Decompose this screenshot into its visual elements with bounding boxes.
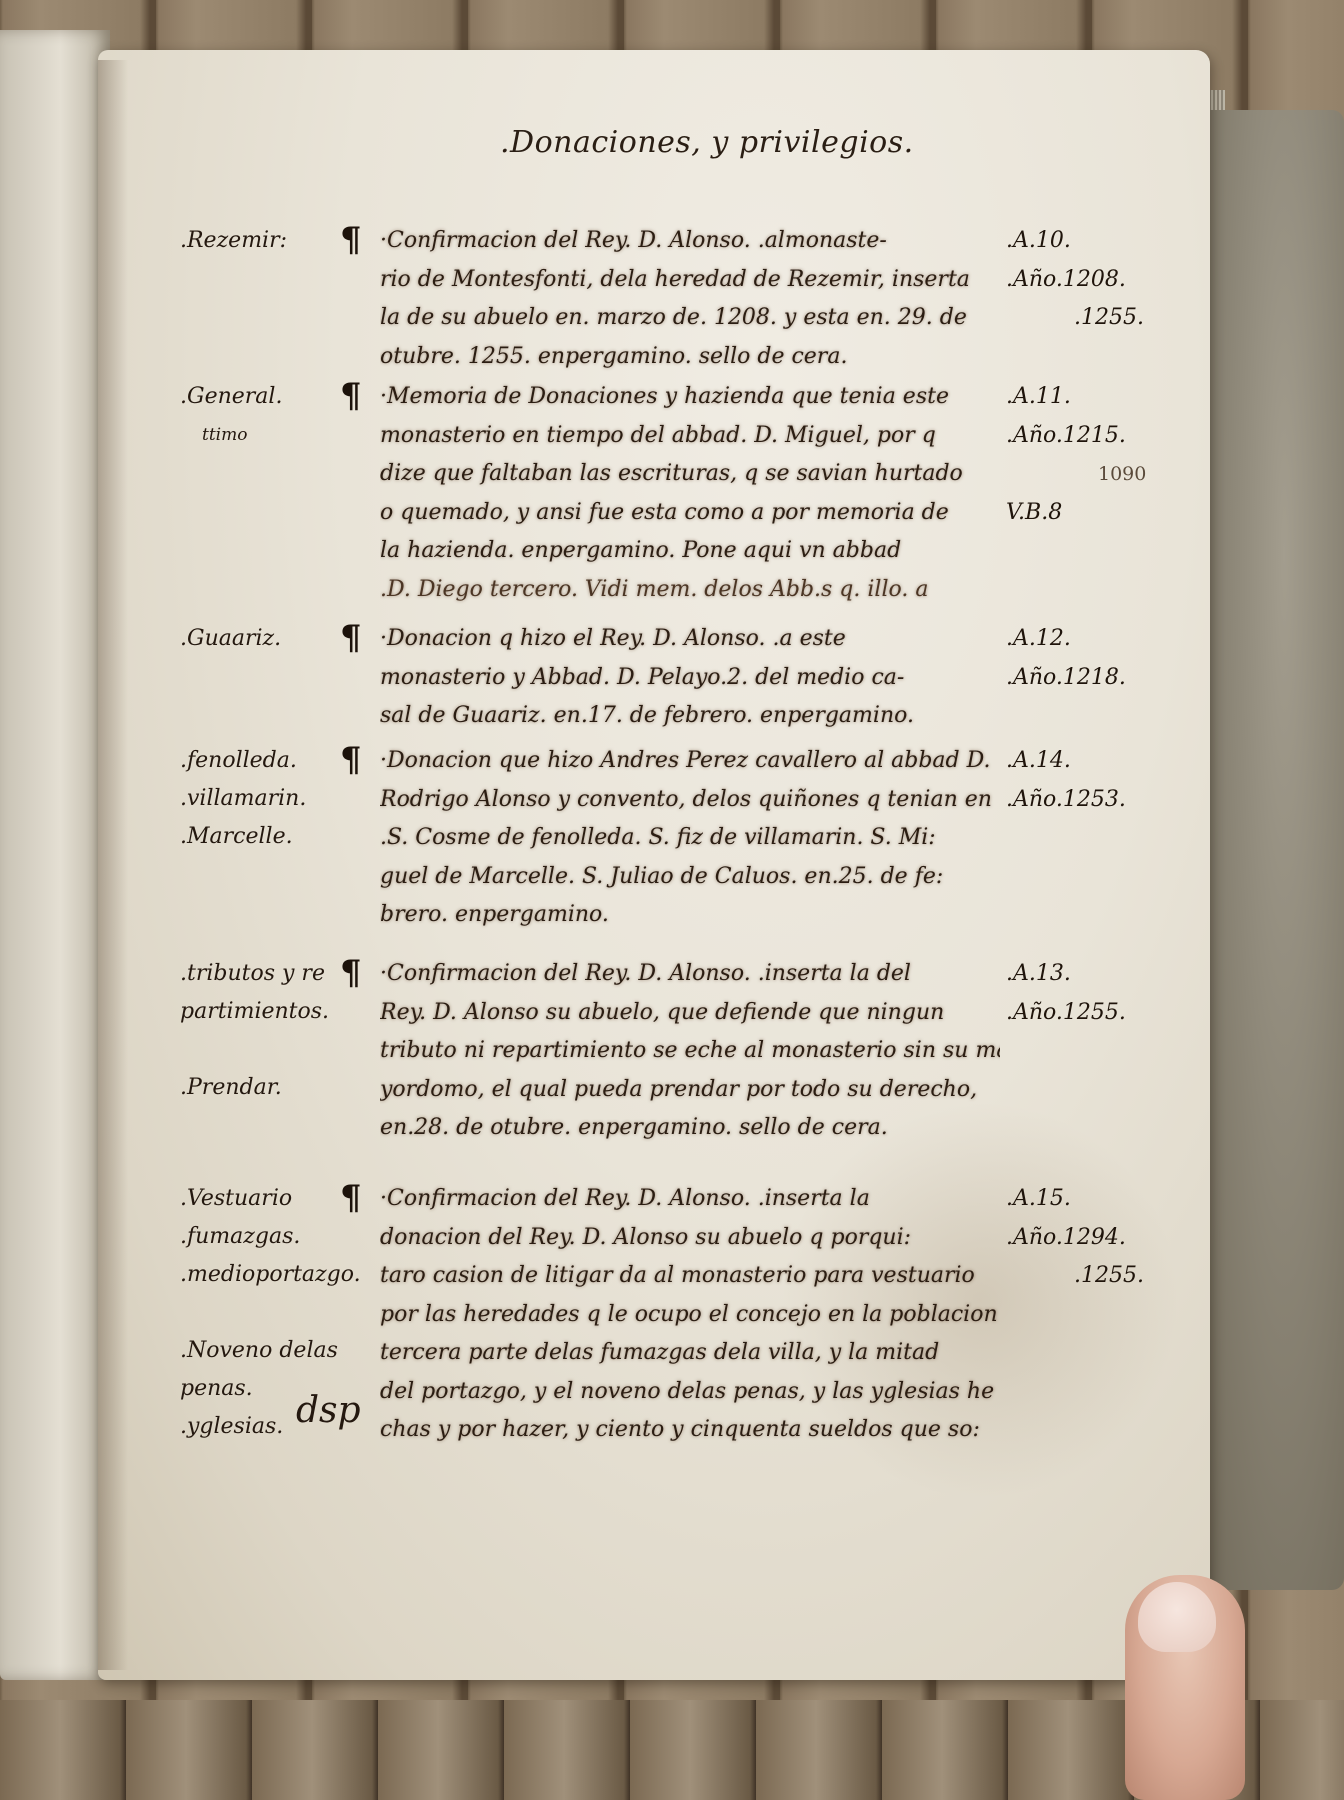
text-line: donacion del Rey. D. Alonso su abuelo q … — [380, 1219, 1000, 1258]
bracket-flourish-icon: dsp — [296, 1390, 361, 1431]
text-line: tercera parte delas fumazgas dela villa,… — [380, 1334, 1000, 1373]
shelf-mark: .A.13. — [1006, 955, 1176, 994]
year: .Año.1218. — [1006, 659, 1176, 698]
margin-keyword — [180, 1031, 330, 1069]
archive-reference: .A.11. .Año.1215. 1090 V.B.8 — [1006, 378, 1176, 532]
text-line: tributo ni repartimiento se eche al mona… — [380, 1032, 1000, 1071]
entry-text: ·Confirmacion del Rey. D. Alonso. .inser… — [380, 1180, 1000, 1450]
text-line: dize que faltaban las escrituras, q se s… — [380, 455, 1000, 494]
margin-keywords: .tributos y re partimientos. .Prendar. — [180, 955, 330, 1107]
text-line: del portazgo, y el noveno delas penas, y… — [380, 1373, 1000, 1412]
year: .Año.1208. — [1006, 261, 1176, 300]
year: .Año.1255. — [1006, 994, 1176, 1033]
volume-mark: V.B.8 — [1006, 494, 1176, 533]
text-line: monasterio y Abbad. D. Pelayo.2. del med… — [380, 659, 1000, 698]
shelf-mark: .A.10. — [1006, 222, 1176, 261]
pilcrow-icon: ¶ — [340, 740, 362, 780]
margin-keyword: .Prendar. — [180, 1069, 330, 1107]
margin-keyword: .villamarin. — [180, 780, 330, 818]
margin-keywords: .Rezemir: — [180, 222, 330, 260]
text-line: brero. enpergamino. — [380, 896, 1000, 935]
pilcrow-icon: ¶ — [340, 220, 362, 260]
page-title: .Donaciones, y privilegios. — [500, 125, 914, 160]
text-line: Rodrigo Alonso y convento, delos quiñone… — [380, 781, 1000, 820]
entry-text: ·Confirmacion del Rey. D. Alonso. .almon… — [380, 222, 1000, 376]
text-line: .D. Diego tercero. Vidi mem. delos Abb.s… — [380, 571, 1000, 610]
shelf-mark: .A.11. — [1006, 378, 1176, 417]
margin-keyword: .Vestuario — [180, 1180, 330, 1218]
margin-keywords: .Guaariz. — [180, 620, 330, 658]
text-line: otubre. 1255. enpergamino. sello de cera… — [380, 338, 1000, 377]
shelf-mark: .A.12. — [1006, 620, 1176, 659]
archive-reference: .A.13. .Año.1255. — [1006, 955, 1176, 1032]
entry-text: ·Memoria de Donaciones y hazienda que te… — [380, 378, 1000, 609]
margin-keyword: .Guaariz. — [180, 620, 330, 658]
archive-reference: .A.15. .Año.1294. .1255. — [1006, 1180, 1176, 1296]
text-line: .S. Cosme de fenolleda. S. fiz de villam… — [380, 819, 1000, 858]
pilcrow-icon: ¶ — [340, 953, 362, 993]
text-line: por las heredades q le ocupo el concejo … — [380, 1296, 1000, 1335]
margin-keyword: .Rezemir: — [180, 222, 330, 260]
margin-keyword: partimientos. — [180, 993, 330, 1031]
margin-keyword: .medioportazgo. — [180, 1256, 330, 1294]
text-line: taro casion de litigar da al monasterio … — [380, 1257, 1000, 1296]
entry-text: ·Confirmacion del Rey. D. Alonso. .inser… — [380, 955, 1000, 1148]
margin-keyword: ttimo — [180, 416, 330, 454]
text-line: monasterio en tiempo del abbad. D. Migue… — [380, 417, 1000, 456]
text-line: ·Donacion que hizo Andres Perez cavaller… — [380, 742, 1000, 781]
margin-keyword: .fumazgas. — [180, 1218, 330, 1256]
margin-keyword — [180, 1294, 330, 1332]
year: .Año.1294. — [1006, 1219, 1176, 1258]
margin-keyword: .Marcelle. — [180, 818, 330, 856]
entry-text: ·Donacion que hizo Andres Perez cavaller… — [380, 742, 1000, 935]
thumb-nail — [1138, 1582, 1216, 1652]
text-line: la hazienda. enpergamino. Pone aqui vn a… — [380, 532, 1000, 571]
shelf-mark: .A.15. — [1006, 1180, 1176, 1219]
year-secondary: .1255. — [1006, 1257, 1176, 1296]
text-line: chas y por hazer, y ciento y cinquenta s… — [380, 1411, 1000, 1450]
archive-reference: .A.10. .Año.1208. .1255. — [1006, 222, 1176, 338]
pilcrow-icon: ¶ — [340, 1178, 362, 1218]
margin-keyword: .General. — [180, 378, 330, 416]
margin-keyword: .fenolleda. — [180, 742, 330, 780]
year: .Año.1215. — [1006, 417, 1176, 456]
left-page-edge — [0, 30, 110, 1680]
text-line: la de su abuelo en. marzo de. 1208. y es… — [380, 299, 1000, 338]
text-line: ·Donacion q hizo el Rey. D. Alonso. .a e… — [380, 620, 1000, 659]
year: .Año.1253. — [1006, 781, 1176, 820]
pilcrow-icon: ¶ — [340, 376, 362, 416]
margin-keyword: .Noveno delas — [180, 1332, 330, 1370]
entry-text: ·Donacion q hizo el Rey. D. Alonso. .a e… — [380, 620, 1000, 736]
text-line: ·Confirmacion del Rey. D. Alonso. .inser… — [380, 1180, 1000, 1219]
margin-keyword: .tributos y re — [180, 955, 330, 993]
text-line: o quemado, y ansi fue esta como a por me… — [380, 494, 1000, 533]
margin-keywords: .General. ttimo — [180, 378, 330, 454]
text-line: guel de Marcelle. S. Juliao de Caluos. e… — [380, 858, 1000, 897]
margin-keywords: .fenolleda. .villamarin. .Marcelle. — [180, 742, 330, 856]
text-line: ·Memoria de Donaciones y hazienda que te… — [380, 378, 1000, 417]
archive-reference: .A.12. .Año.1218. — [1006, 620, 1176, 697]
text-line: sal de Guaariz. en.17. de febrero. enper… — [380, 697, 1000, 736]
text-line: ·Confirmacion del Rey. D. Alonso. .inser… — [380, 955, 1000, 994]
year-secondary: .1255. — [1006, 299, 1176, 338]
text-line: yordomo, el qual pueda prendar por todo … — [380, 1071, 1000, 1110]
text-line: rio de Montesfonti, dela heredad de Reze… — [380, 261, 1000, 300]
archive-reference: .A.14. .Año.1253. — [1006, 742, 1176, 819]
pilcrow-icon: ¶ — [340, 618, 362, 658]
text-line: en.28. de otubre. enpergamino. sello de … — [380, 1109, 1000, 1148]
year-pencil-correction: 1090 — [1006, 455, 1176, 494]
text-line: ·Confirmacion del Rey. D. Alonso. .almon… — [380, 222, 1000, 261]
shelf-mark: .A.14. — [1006, 742, 1176, 781]
worn-book-cover — [1195, 110, 1344, 1590]
text-line: Rey. D. Alonso su abuelo, que defiende q… — [380, 994, 1000, 1033]
